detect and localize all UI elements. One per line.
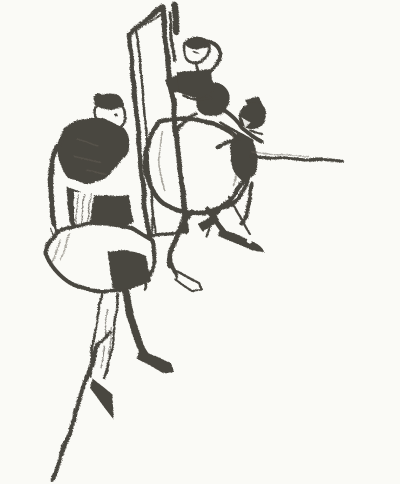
frame-top-post xyxy=(174,5,177,32)
slipper-highlight xyxy=(247,239,251,243)
bodice xyxy=(177,69,214,97)
hips-shadow xyxy=(108,251,150,289)
ink-sketch-figure xyxy=(0,0,400,484)
eye-mark xyxy=(114,113,117,116)
sketch-canvas xyxy=(0,0,400,484)
